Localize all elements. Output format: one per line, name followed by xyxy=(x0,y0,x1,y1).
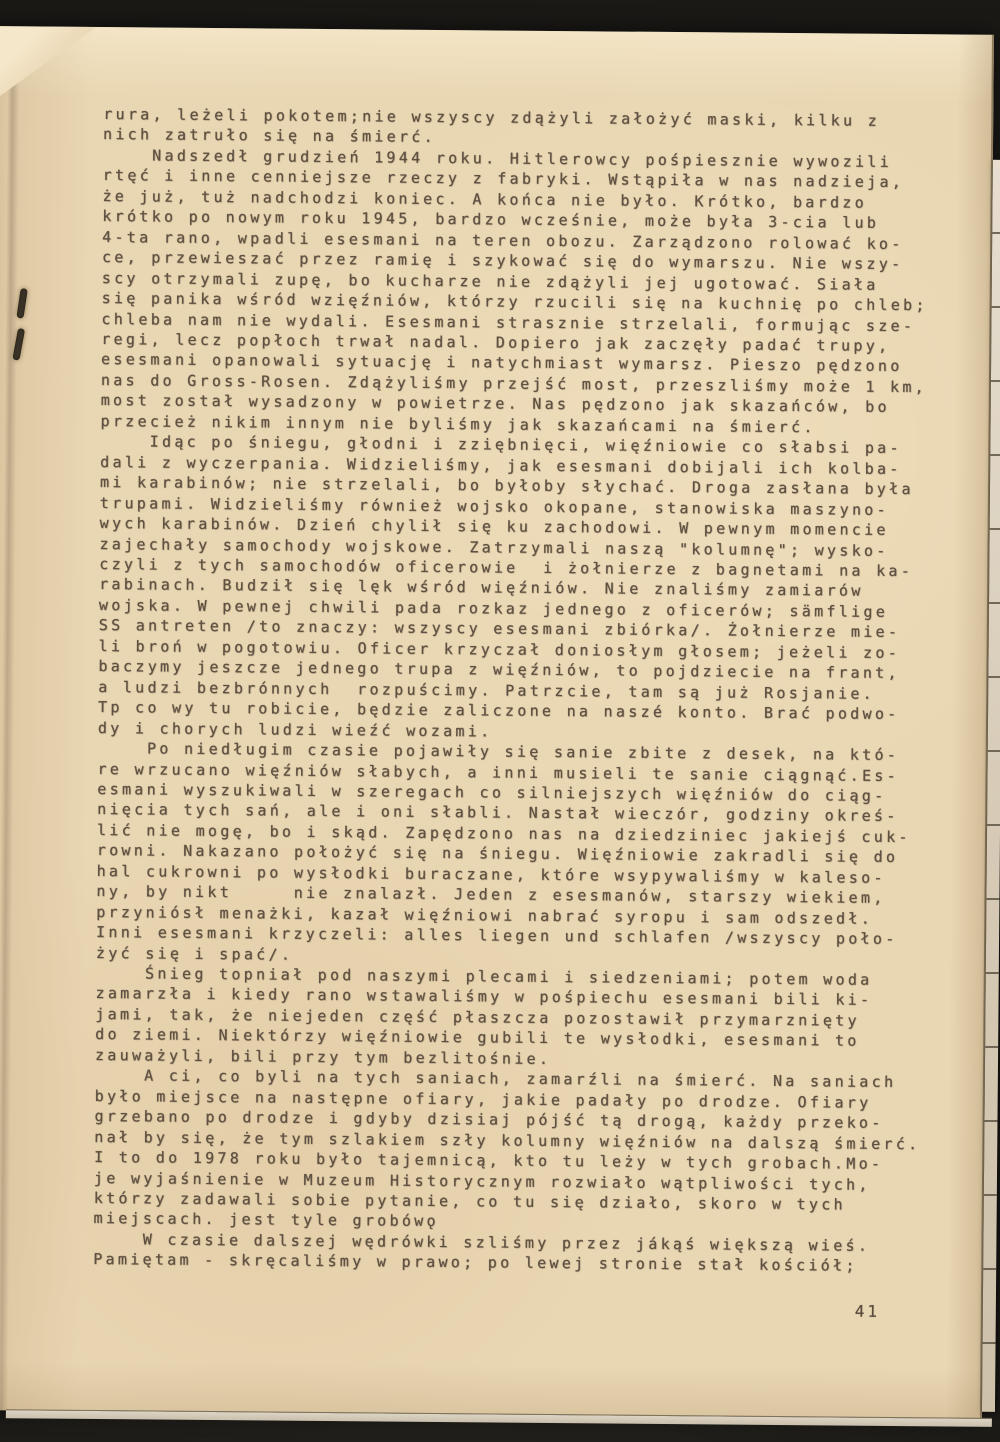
page-number: 41 xyxy=(855,1302,880,1321)
typewritten-text: rura, leżeli pokotem;nie wszyscy zdążyli… xyxy=(0,26,930,1277)
book-page: rura, leżeli pokotem;nie wszyscy zdążyli… xyxy=(0,26,994,1419)
page-stack-edge-right xyxy=(981,160,1000,1412)
scanner-background: rura, leżeli pokotem;nie wszyscy zdążyli… xyxy=(0,0,1000,1442)
page-stack-edge-bottom xyxy=(6,1409,992,1427)
